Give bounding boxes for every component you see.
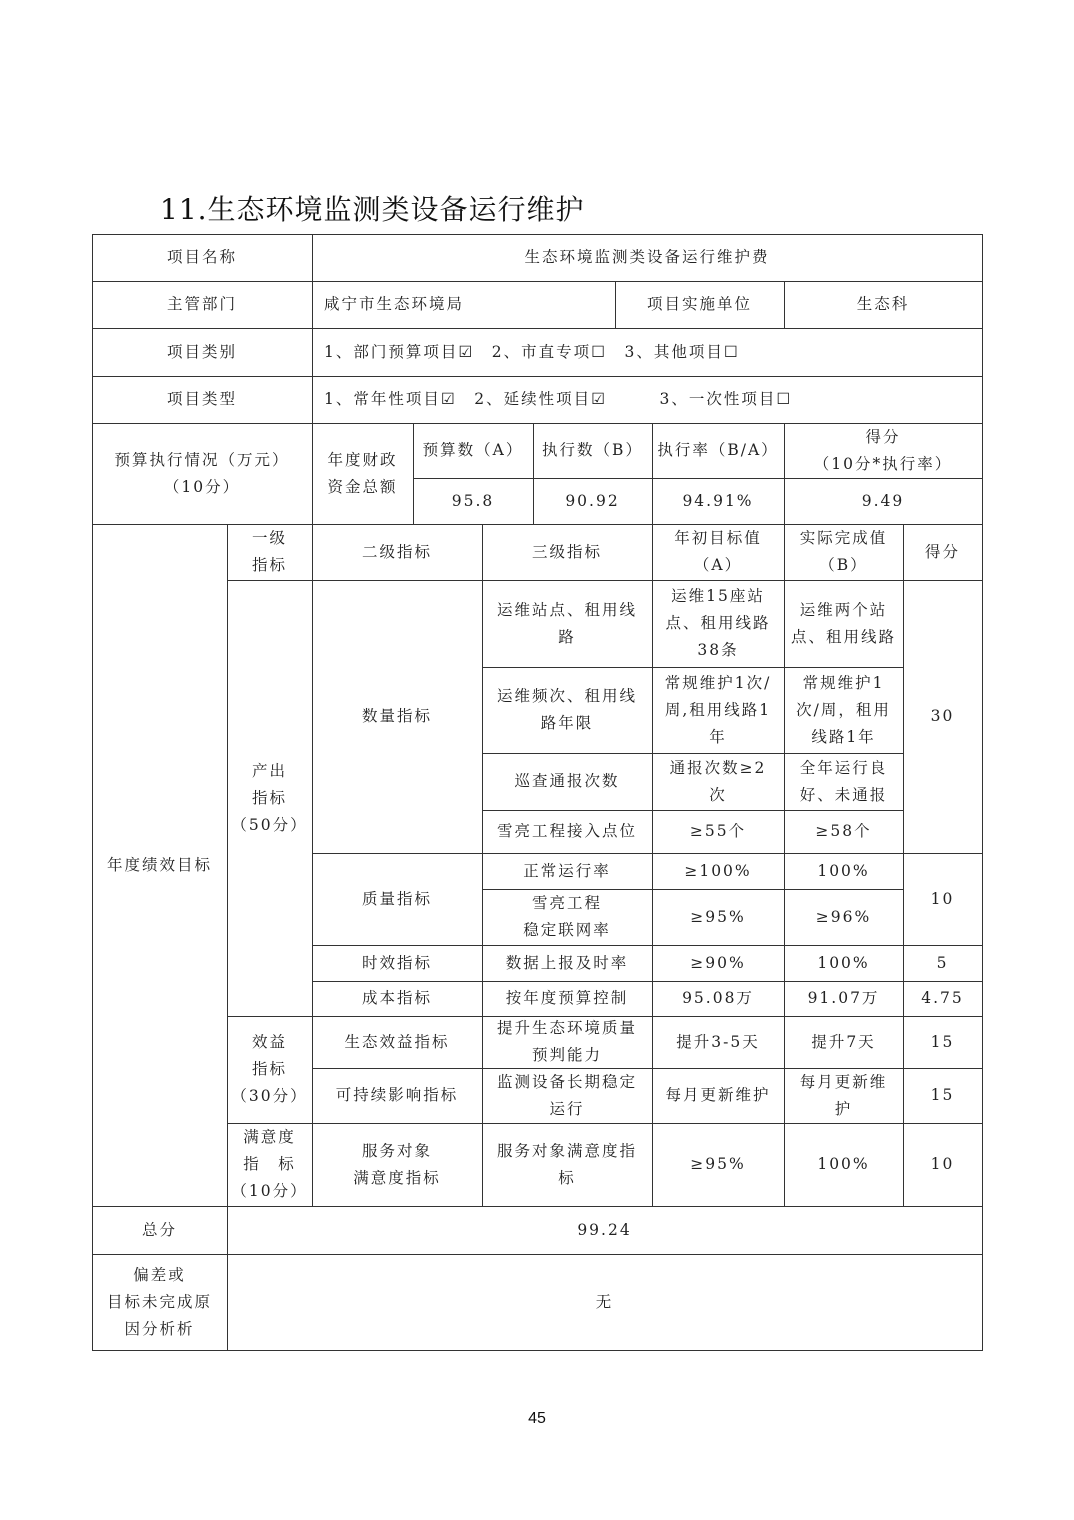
budget-score-value: 9.49: [784, 478, 982, 524]
quantity-row-1-actual: 运维两个站 点、租用线路: [784, 580, 903, 667]
level2-header: 二级指标: [312, 524, 482, 580]
label-line: 目标未完成原: [107, 1289, 212, 1316]
performance-section-label: 年度绩效目标: [92, 524, 227, 1206]
text-line: 监测设备长期稳定: [497, 1069, 637, 1096]
quantity-row-4-actual: ≥58个: [784, 810, 903, 853]
quantity-row-3-target: 通报次数≥2 次: [652, 753, 784, 810]
executed-amount-header: 执行数（B）: [533, 423, 652, 478]
timeliness-l3: 数据上报及时率: [482, 945, 652, 981]
deviation-label: 偏差或 目标未完成原 因分析析: [92, 1254, 227, 1350]
quality-row-2-l3: 雪亮工程 稳定联网率: [482, 889, 652, 945]
text-line: 通报次数≥2: [670, 755, 767, 782]
impl-unit-value: 生态科: [784, 281, 982, 328]
text-line: 路年限: [541, 710, 594, 737]
budget-label-line: 预算执行情况（万元）: [114, 447, 289, 474]
text-line: 服务对象: [362, 1138, 432, 1165]
quality-row-2-actual: ≥96%: [784, 889, 903, 945]
quality-row-1-target: ≥100%: [652, 853, 784, 889]
text-line: 运行: [549, 1096, 584, 1123]
quantity-row-3-actual: 全年运行良 好、未通报: [784, 753, 903, 810]
fund-label-line: 年度财政: [327, 447, 397, 474]
text-line: 服务对象满意度指: [497, 1138, 637, 1165]
quantity-row-1-target: 运维15座站 点、租用线路 38条: [652, 580, 784, 667]
label-line: 因分析析: [124, 1316, 194, 1343]
quality-row-2-target: ≥95%: [652, 889, 784, 945]
quantity-row-3-l3: 巡查通报次数: [482, 753, 652, 810]
page-number: 45: [0, 1410, 1074, 1428]
text-line: 好、未通报: [800, 782, 888, 809]
type-label: 项目类型: [92, 376, 312, 423]
quality-score: 10: [903, 853, 982, 945]
timeliness-target: ≥90%: [652, 945, 784, 981]
label-line: （10分）: [231, 1178, 307, 1205]
level1-header: 一级 指标: [227, 524, 312, 580]
cost-l3: 按年度预算控制: [482, 981, 652, 1016]
execution-rate-value: 94.91%: [652, 478, 784, 524]
text-line: 运维15座站: [671, 583, 765, 610]
output-indicator-label: 产出 指标 （50分）: [227, 580, 312, 1016]
text-line: 预判能力: [532, 1042, 602, 1069]
satisfaction-score: 10: [903, 1123, 982, 1206]
sustainability-target: 每月更新维护: [652, 1068, 784, 1123]
quantity-score: 30: [903, 580, 982, 853]
text-line: 满意度指标: [353, 1165, 441, 1192]
fund-label-line: 资金总额: [327, 474, 397, 501]
execution-rate-header: 执行率（B/A）: [652, 423, 784, 478]
table-border-right: [982, 234, 983, 1351]
dept-label: 主管部门: [92, 281, 312, 328]
cost-actual: 91.07万: [784, 981, 903, 1016]
label-line: 满意度: [243, 1124, 296, 1151]
text-line: 周,租用线路1: [665, 697, 771, 724]
label-line: 指 标: [243, 1151, 296, 1178]
text-line: 运维两个站: [800, 597, 888, 624]
text-line: 全年运行良: [800, 755, 888, 782]
text-line: 线路1年: [811, 724, 875, 751]
budget-score-header: 得分 （10分*执行率）: [784, 423, 982, 478]
satisfaction-target: ≥95%: [652, 1123, 784, 1206]
total-score-value: 99.24: [227, 1206, 982, 1254]
text-line: 提升生态环境质量: [497, 1015, 637, 1042]
deviation-value: 无: [227, 1254, 982, 1350]
satisfaction-l2: 服务对象 满意度指标: [312, 1123, 482, 1206]
satisfaction-actual: 100%: [784, 1123, 903, 1206]
ecological-benefit-score: 15: [903, 1016, 982, 1068]
text-line: 点、租用线路: [665, 610, 770, 637]
impl-unit-label: 项目实施单位: [615, 281, 784, 328]
timeliness-indicator-label: 时效指标: [312, 945, 482, 981]
timeliness-actual: 100%: [784, 945, 903, 981]
sustainability-score: 15: [903, 1068, 982, 1123]
text-line: 次: [709, 782, 727, 809]
type-value: 1、常年性项目☑ 2、延续性项目☑ 3、一次性项目☐: [312, 376, 982, 423]
text-line: 次/周，租用: [796, 697, 891, 724]
quantity-row-1-l3: 运维站点、租用线 路: [482, 580, 652, 667]
satisfaction-indicator-label: 满意度 指 标 （10分）: [227, 1123, 312, 1206]
sustainability-actual: 每月更新维 护: [784, 1068, 903, 1123]
project-name-value: 生态环境监测类设备运行维护费: [312, 234, 982, 281]
dept-value: 咸宁市生态环境局: [312, 281, 615, 328]
category-value: 1、部门预算项目☑ 2、市直专项☐ 3、其他项目☐: [312, 328, 982, 376]
budget-label-line: （10分）: [164, 474, 240, 501]
fund-total-label: 年度财政 资金总额: [312, 423, 413, 524]
budget-section-label: 预算执行情况（万元） （10分）: [92, 423, 312, 524]
level3-header: 三级指标: [482, 524, 652, 580]
cost-target: 95.08万: [652, 981, 784, 1016]
quality-row-1-l3: 正常运行率: [482, 853, 652, 889]
ecological-benefit-l3: 提升生态环境质量 预判能力: [482, 1016, 652, 1068]
quantity-row-4-target: ≥55个: [652, 810, 784, 853]
benefit-indicator-label: 效益 指标 （30分）: [227, 1016, 312, 1123]
table-border-bottom: [92, 1350, 983, 1351]
quality-row-1-actual: 100%: [784, 853, 903, 889]
text-line: 运维站点、租用线: [497, 597, 637, 624]
project-name-label: 项目名称: [92, 234, 312, 281]
label-line: （30分）: [231, 1083, 307, 1110]
text-line: 稳定联网率: [523, 917, 611, 944]
cost-score: 4.75: [903, 981, 982, 1016]
label-line: （50分）: [231, 812, 307, 839]
target-header: 年初目标值 （A）: [652, 524, 784, 580]
sustainability-l3: 监测设备长期稳定 运行: [482, 1068, 652, 1123]
ecological-benefit-target: 提升3-5天: [652, 1016, 784, 1068]
quantity-indicator-label: 数量指标: [312, 580, 482, 853]
budget-amount-header: 预算数（A）: [413, 423, 533, 478]
header-line: （A）: [694, 552, 742, 579]
quantity-row-2-target: 常规维护1次/ 周,租用线路1 年: [652, 667, 784, 753]
label-line: 偏差或: [133, 1262, 186, 1289]
timeliness-score: 5: [903, 945, 982, 981]
quality-indicator-label: 质量指标: [312, 853, 482, 945]
header-line: 一级: [252, 525, 287, 552]
text-line: 38条: [697, 637, 738, 664]
page-title: 11.生态环境监测类设备运行维护: [160, 188, 585, 228]
quantity-row-4-l3: 雪亮工程接入点位: [482, 810, 652, 853]
label-line: 指标: [252, 1056, 287, 1083]
total-score-label: 总分: [92, 1206, 227, 1254]
header-line: 实际完成值: [800, 525, 888, 552]
text-line: 路: [558, 624, 576, 651]
header-line: （B）: [819, 552, 867, 579]
budget-amount-value: 95.8: [413, 478, 533, 524]
score-header-line: 得分: [865, 424, 900, 451]
text-line: 雪亮工程: [532, 890, 602, 917]
actual-header: 实际完成值 （B）: [784, 524, 903, 580]
text-line: 常规维护1: [803, 670, 885, 697]
text-line: 每月更新维: [800, 1069, 888, 1096]
satisfaction-l3: 服务对象满意度指 标: [482, 1123, 652, 1206]
text-line: 运维频次、租用线: [497, 683, 637, 710]
text-line: 年: [709, 724, 727, 751]
text-line: 点、租用线路: [791, 624, 896, 651]
label-line: 效益: [252, 1029, 287, 1056]
header-line: 指标: [252, 552, 287, 579]
header-line: 年初目标值: [674, 525, 762, 552]
label-line: 产出: [252, 758, 287, 785]
text-line: 标: [558, 1165, 576, 1192]
cost-indicator-label: 成本指标: [312, 981, 482, 1016]
ecological-benefit-actual: 提升7天: [784, 1016, 903, 1068]
executed-amount-value: 90.92: [533, 478, 652, 524]
label-line: 指标: [252, 785, 287, 812]
score-header: 得分: [903, 524, 982, 580]
quantity-row-2-l3: 运维频次、租用线 路年限: [482, 667, 652, 753]
text-line: 常规维护1次/: [665, 670, 772, 697]
quantity-row-2-actual: 常规维护1 次/周，租用 线路1年: [784, 667, 903, 753]
ecological-benefit-label: 生态效益指标: [312, 1016, 482, 1068]
sustainability-label: 可持续影响指标: [312, 1068, 482, 1123]
category-label: 项目类别: [92, 328, 312, 376]
text-line: 护: [835, 1096, 853, 1123]
score-header-line: （10分*执行率）: [814, 451, 952, 478]
